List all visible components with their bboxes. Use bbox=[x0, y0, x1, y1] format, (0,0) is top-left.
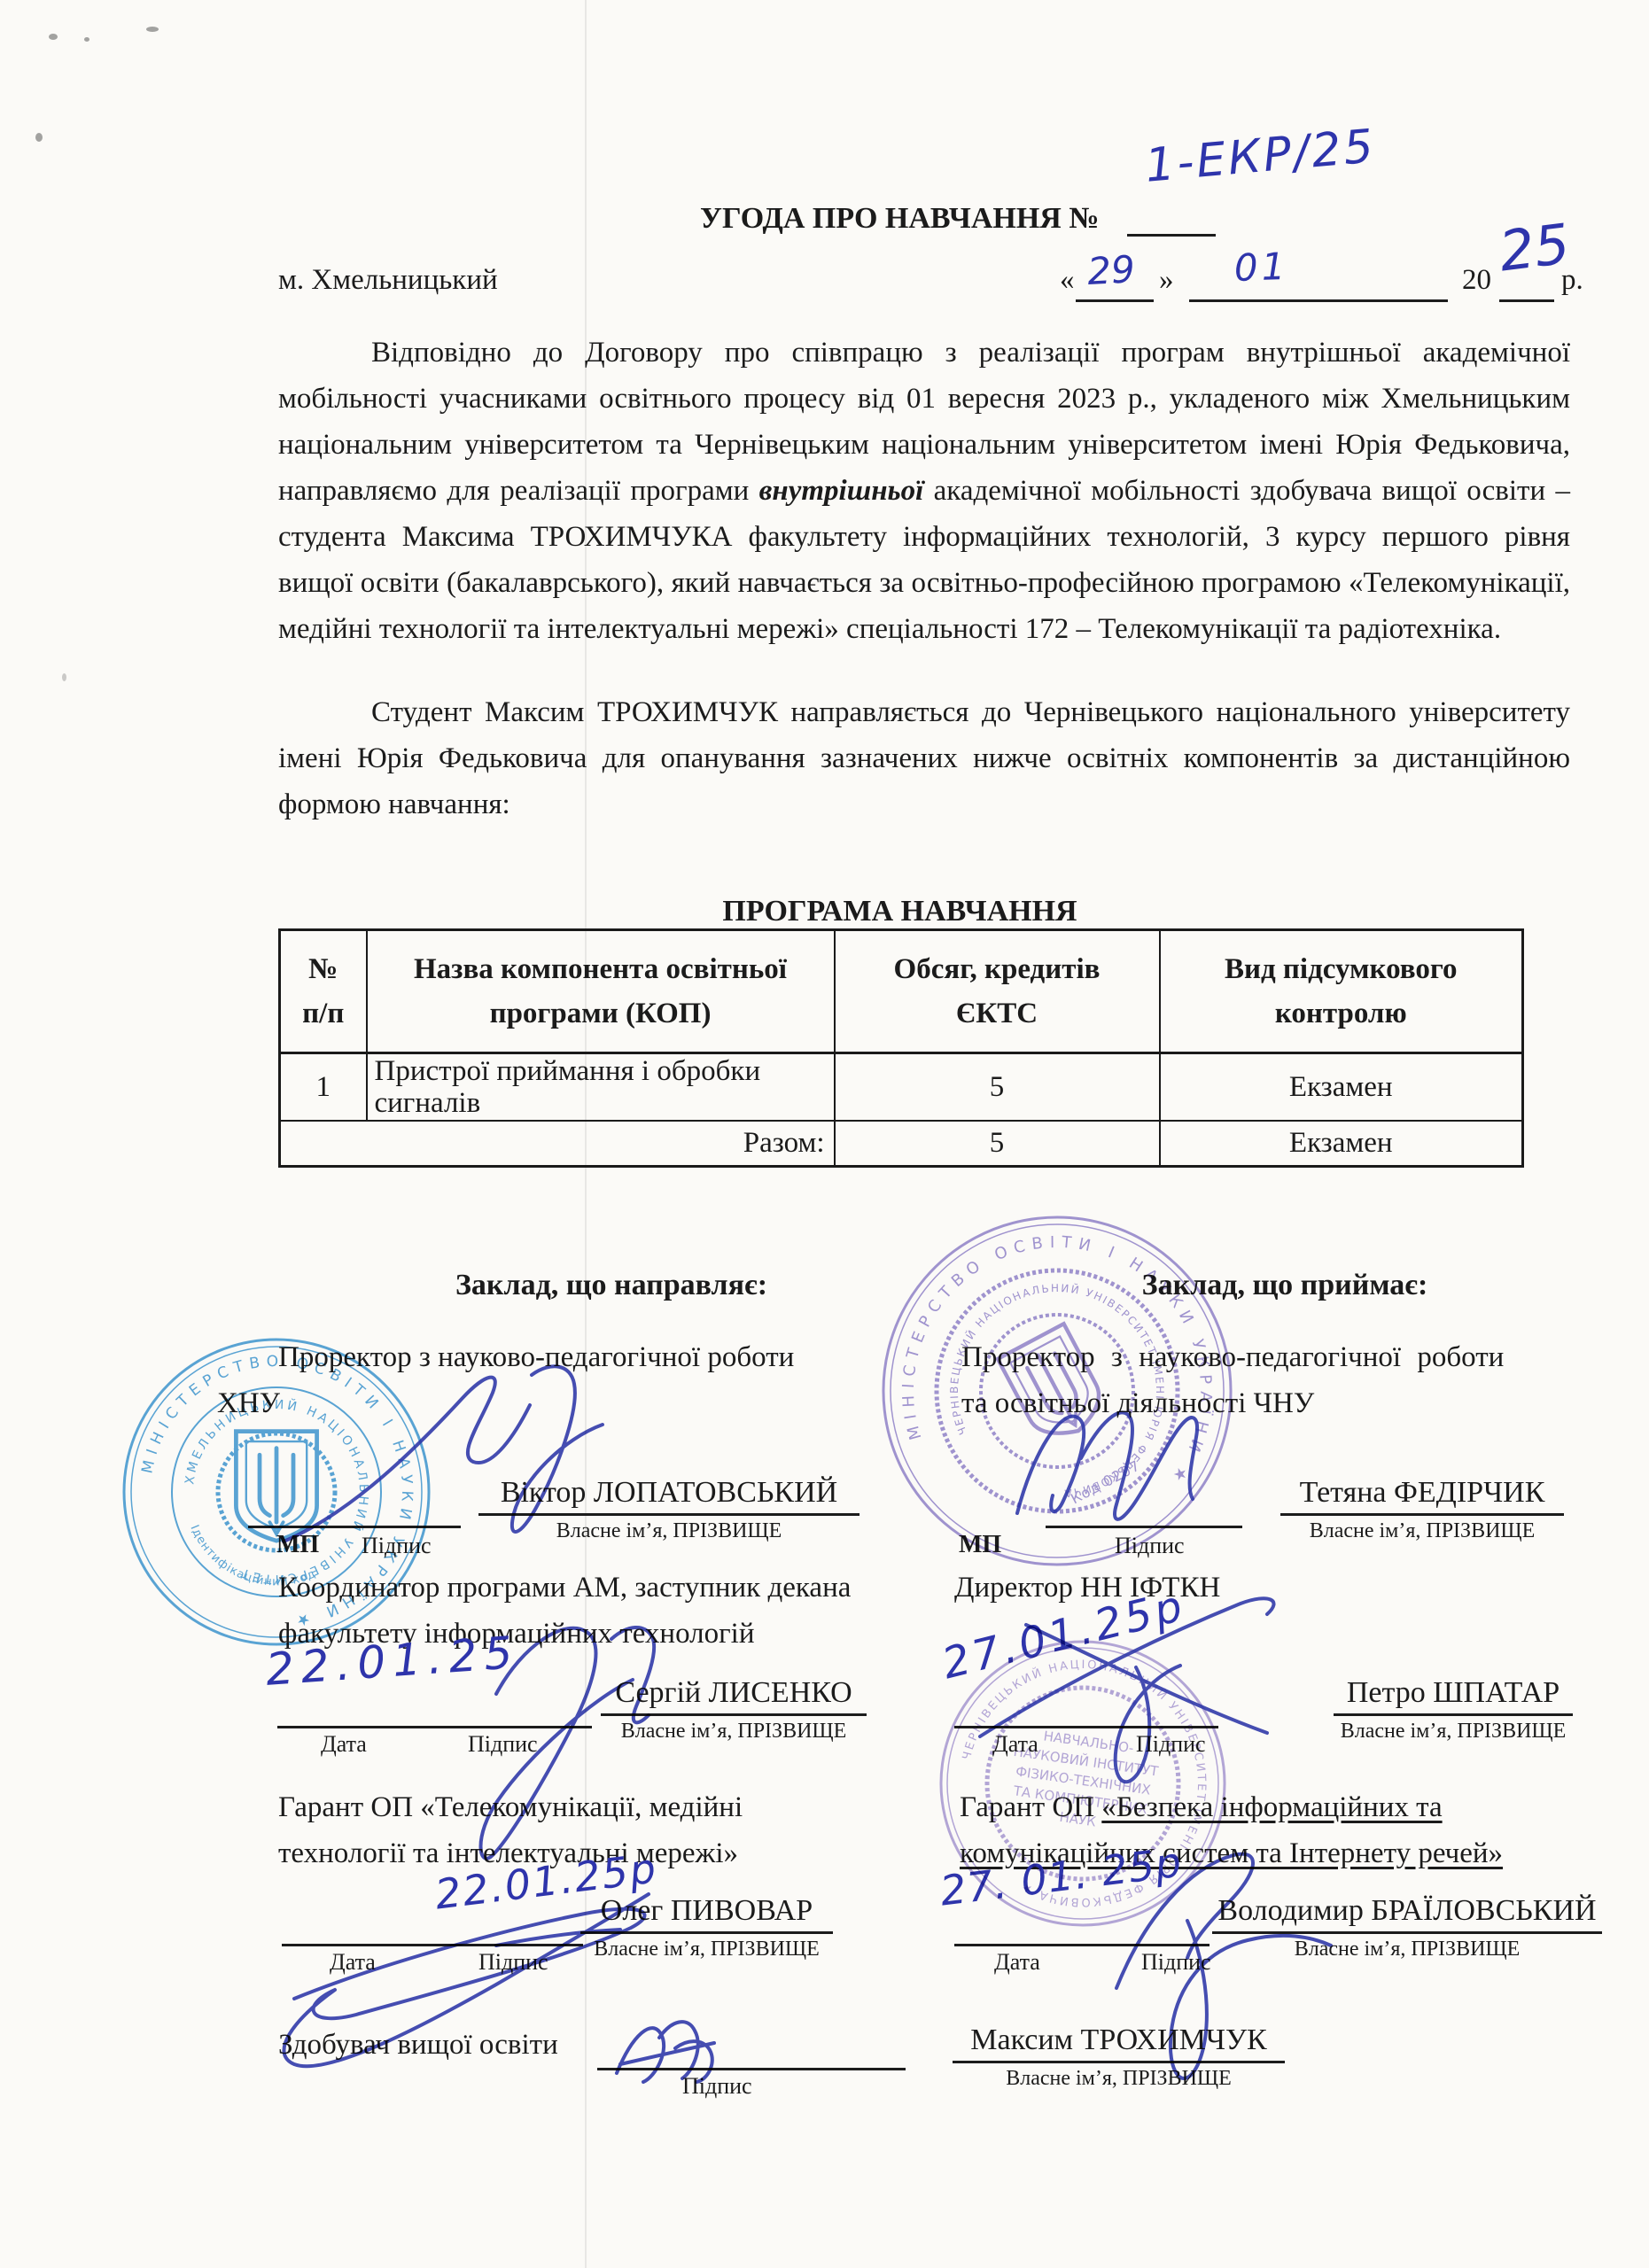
scan-speck bbox=[146, 27, 159, 32]
date-month-handwritten: 01 bbox=[1233, 245, 1289, 290]
city-label: м. Хмельницький bbox=[278, 262, 498, 299]
date-signature-line bbox=[277, 1726, 592, 1728]
scan-speck bbox=[35, 133, 43, 142]
signature-caption: Підпис bbox=[478, 1949, 548, 1976]
signature-caption: Підпис bbox=[362, 1533, 432, 1559]
program-table: №п/п Назва компонента освітньоїпрограми … bbox=[278, 928, 1524, 1168]
cell-name: Пристрої приймання і обробки сигналів bbox=[367, 1053, 835, 1122]
program-table-title: ПРОГРАМА НАВЧАННЯ bbox=[278, 893, 1521, 931]
name-caption: Власне ім’я, ПРІЗВИЩЕ bbox=[601, 1720, 867, 1744]
name-caption: Власне ім’я, ПРІЗВИЩЕ bbox=[478, 1519, 860, 1543]
document-title: УГОДА ПРО НАВЧАННЯ № bbox=[700, 200, 1100, 238]
name-pyvovar: Олег ПИВОВАР Власне ім’я, ПРІЗВИЩЕ bbox=[580, 1894, 833, 1961]
date-signature-line bbox=[954, 1726, 1218, 1728]
student-role: Здобувач вищої освіти bbox=[278, 2027, 558, 2063]
title-number-handwritten: 1-ЕКР/25 bbox=[1143, 120, 1378, 192]
date-month-blank bbox=[1189, 299, 1448, 302]
table-header-row: №п/п Назва компонента освітньоїпрограми … bbox=[280, 930, 1523, 1053]
signature-caption: Підпис bbox=[1115, 1533, 1185, 1559]
signature-caption: Підпис bbox=[1136, 1731, 1206, 1758]
table-row: 1 Пристрої приймання і обробки сигналів … bbox=[280, 1053, 1523, 1122]
name-caption: Власне ім’я, ПРІЗВИЩЕ bbox=[953, 2067, 1285, 2091]
signature-caption: Підпис bbox=[1141, 1949, 1211, 1976]
col-header-name: Назва компонента освітньоїпрограми (КОП) bbox=[367, 930, 835, 1053]
signature-fedirchyk bbox=[1017, 1412, 1197, 1518]
col-header-num: №п/п bbox=[280, 930, 367, 1053]
sending-institution-heading: Заклад, що направляє: bbox=[390, 1267, 833, 1305]
date-year-printed: 20 bbox=[1462, 262, 1491, 299]
date-day-blank bbox=[1076, 299, 1154, 302]
signer-name: Петро ШПАТАР bbox=[1334, 1676, 1573, 1716]
total-credits: 5 bbox=[835, 1121, 1160, 1167]
table-total-row: Разом: 5 Екзамен bbox=[280, 1121, 1523, 1167]
signer-name: Володимир БРАЇЛОВСЬКИЙ bbox=[1212, 1894, 1602, 1934]
total-label: Разом: bbox=[280, 1121, 835, 1167]
name-caption: Власне ім’я, ПРІЗВИЩЕ bbox=[1280, 1519, 1564, 1543]
role-prorector-chnu-line2: та освітньої діяльності ЧНУ bbox=[961, 1386, 1314, 1422]
signer-name: Максим ТРОХИМЧУК bbox=[953, 2023, 1285, 2063]
role-guarantor-right-line1: Гарант ОП «Безпека інформаційних та bbox=[960, 1790, 1443, 1826]
scan-speck bbox=[49, 34, 58, 40]
date-caption: Дата bbox=[992, 1731, 1038, 1758]
name-trokhymchuk: Максим ТРОХИМЧУК Власне ім’я, ПРІЗВИЩЕ bbox=[953, 2023, 1285, 2091]
date-signature-line bbox=[282, 1944, 583, 1946]
student-signature-line bbox=[597, 2068, 906, 2070]
name-lysenko: Сергій ЛИСЕНКО Власне ім’я, ПРІЗВИЩЕ bbox=[601, 1676, 867, 1744]
date-caption: Дата bbox=[321, 1731, 367, 1758]
signer-name: Віктор ЛОПАТОВСЬКИЙ bbox=[478, 1476, 860, 1516]
role-coordinator-line1: Координатор програми АМ, заступник декан… bbox=[278, 1570, 851, 1606]
name-caption: Власне ім’я, ПРІЗВИЩЕ bbox=[1212, 1938, 1602, 1961]
cell-num: 1 bbox=[280, 1053, 367, 1122]
role-prorector-chnu-line1: Проректор з науково-педагогічної роботи bbox=[961, 1340, 1504, 1376]
paragraph-1: Відповідно до Договору про співпрацю з р… bbox=[278, 330, 1570, 652]
date-year-suffix: р. bbox=[1561, 262, 1583, 299]
date-year-blank bbox=[1499, 299, 1554, 302]
cell-control: Екзамен bbox=[1160, 1053, 1523, 1122]
signer-name: Тетяна ФЕДІРЧИК bbox=[1280, 1476, 1564, 1516]
col-header-control: Вид підсумковогоконтролю bbox=[1160, 930, 1523, 1053]
name-caption: Власне ім’я, ПРІЗВИЩЕ bbox=[1334, 1720, 1573, 1744]
signer-name: Олег ПИВОВАР bbox=[580, 1894, 833, 1934]
name-caption: Власне ім’я, ПРІЗВИЩЕ bbox=[580, 1938, 833, 1961]
date-caption: Дата bbox=[330, 1949, 376, 1976]
paragraph-2: Студент Максим ТРОХИМЧУК направляється д… bbox=[278, 689, 1570, 827]
chnu-seal-code-text: Код 0207 bbox=[1068, 1456, 1143, 1507]
name-fedirchyk: Тетяна ФЕДІРЧИК Власне ім’я, ПРІЗВИЩЕ bbox=[1280, 1476, 1564, 1543]
seal-label: МП bbox=[276, 1531, 319, 1559]
scan-speck bbox=[84, 37, 89, 42]
title-number-blank bbox=[1127, 234, 1216, 237]
signature-caption: Підпис bbox=[468, 1731, 538, 1758]
name-shpatar: Петро ШПАТАР Власне ім’я, ПРІЗВИЩЕ bbox=[1334, 1676, 1573, 1744]
date-caption: Дата bbox=[994, 1949, 1040, 1976]
signature-caption: Підпис bbox=[682, 2073, 752, 2100]
role-prorector-khnu-line2: ХНУ bbox=[217, 1386, 280, 1422]
scan-speck bbox=[62, 673, 66, 681]
date-quote-open: « bbox=[1060, 262, 1075, 299]
cell-credits: 5 bbox=[835, 1053, 1160, 1122]
bold-word: внутрішньої bbox=[759, 475, 924, 507]
date-quote-close: » bbox=[1159, 262, 1174, 299]
date-signature-line bbox=[954, 1944, 1210, 1946]
date-day-handwritten: 29 bbox=[1086, 247, 1136, 293]
name-brailovskyi: Володимир БРАЇЛОВСЬКИЙ Власне ім’я, ПРІЗ… bbox=[1212, 1894, 1602, 1961]
role-prorector-khnu-line1: Проректор з науково-педагогічної роботи bbox=[278, 1340, 794, 1376]
seal-label: МП bbox=[959, 1531, 1001, 1559]
role-guarantor-left-line1: Гарант ОП «Телекомунікації, медійні bbox=[278, 1790, 743, 1826]
signature-line bbox=[248, 1526, 461, 1528]
receiving-institution-heading: Заклад, що приймає: bbox=[1063, 1267, 1506, 1305]
body-text: Відповідно до Договору про співпрацю з р… bbox=[278, 330, 1570, 827]
scanned-agreement-page: УГОДА ПРО НАВЧАННЯ № 1-ЕКР/25 м. Хмельни… bbox=[0, 0, 1649, 2268]
total-control: Екзамен bbox=[1160, 1121, 1523, 1167]
signature-line bbox=[1046, 1526, 1242, 1528]
signer-name: Сергій ЛИСЕНКО bbox=[601, 1676, 867, 1716]
name-lopatovskyi: Віктор ЛОПАТОВСЬКИЙ Власне ім’я, ПРІЗВИЩ… bbox=[478, 1476, 860, 1543]
col-header-credits: Обсяг, кредитівЄКТС bbox=[835, 930, 1160, 1053]
iftkn-seal-center-line1: НАВЧАЛЬНО- bbox=[1043, 1728, 1135, 1756]
